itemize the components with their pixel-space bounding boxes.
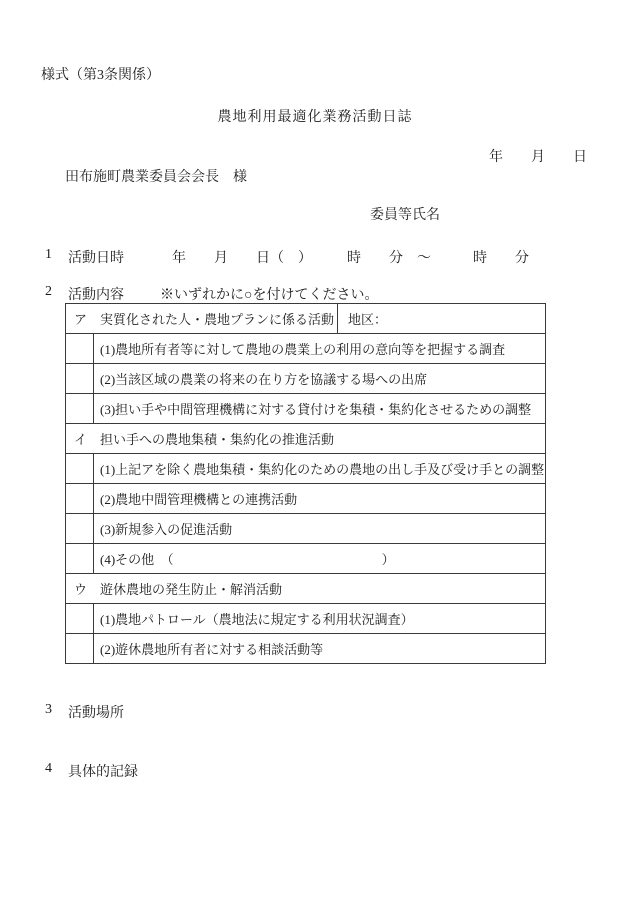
activity-item-cell: (4)その他 （ ） — [94, 544, 546, 574]
activity-item-cell: (1)上記アを除く農地集積・集約化のための農地の出し手及び受け手との調整 — [94, 454, 546, 484]
item-number: 4 — [45, 761, 52, 777]
item-label: 具体的記録 — [68, 761, 138, 781]
mark-cell — [66, 364, 94, 394]
table-row: (3)担い手や中間管理機構に対する貸付けを集積・集約化させるための調整 — [66, 394, 546, 424]
item-activity-content: 2 活動内容 ※いずれかに○を付けてください。 — [0, 284, 630, 300]
district-cell: 地区： — [338, 304, 546, 334]
item-activity-datetime: 1 活動日時 年 月 日（ ） 時 分 ～ 時 分 — [0, 247, 630, 263]
item-number: 2 — [45, 284, 52, 300]
mark-cell — [66, 454, 94, 484]
section-title: 遊休農地の発生防止・解消活動 — [100, 582, 282, 597]
table-row-section-a: ア実質化された人・農地プランに係る活動 地区： — [66, 304, 546, 334]
table-row: (2)遊休農地所有者に対する相談活動等 — [66, 634, 546, 664]
section-title: 実質化された人・農地プランに係る活動 — [100, 312, 334, 327]
addressee-line: 田布施町農業委員会会長 様 — [65, 166, 247, 186]
activity-item-cell: (2)農地中間管理機構との連携活動 — [94, 484, 546, 514]
date-field: 年 月 日 — [489, 146, 587, 166]
document-page: 様式（第3条関係） 農地利用最適化業務活動日誌 年 月 日 田布施町農業委員会会… — [0, 0, 630, 903]
table-row: (3)新規参入の促進活動 — [66, 514, 546, 544]
activity-item-cell: (2)遊休農地所有者に対する相談活動等 — [94, 634, 546, 664]
mark-cell — [66, 334, 94, 364]
item-specific-record: 4 具体的記録 — [0, 761, 630, 777]
mark-cell — [66, 604, 94, 634]
mark-cell — [66, 634, 94, 664]
item-number: 1 — [45, 247, 52, 263]
section-a-header-cell: ア実質化された人・農地プランに係る活動 — [66, 304, 338, 334]
section-u-header-cell: ウ遊休農地の発生防止・解消活動 — [66, 574, 546, 604]
activity-content-table: ア実質化された人・農地プランに係る活動 地区： (1)農地所有者等に対して農地の… — [65, 303, 546, 664]
form-code: 様式（第3条関係） — [41, 64, 160, 84]
table-row: (1)農地パトロール（農地法に規定する利用状況調査） — [66, 604, 546, 634]
table-row-section-i: イ担い手への農地集積・集約化の推進活動 — [66, 424, 546, 454]
activity-item-cell: (1)農地パトロール（農地法に規定する利用状況調査） — [94, 604, 546, 634]
section-i-header-cell: イ担い手への農地集積・集約化の推進活動 — [66, 424, 546, 454]
circle-instruction-note: ※いずれかに○を付けてください。 — [160, 284, 378, 304]
section-title: 担い手への農地集積・集約化の推進活動 — [100, 432, 334, 447]
table-row: (2)農地中間管理機構との連携活動 — [66, 484, 546, 514]
table-row: (4)その他 （ ） — [66, 544, 546, 574]
mark-cell — [66, 514, 94, 544]
page-title: 農地利用最適化業務活動日誌 — [0, 106, 630, 126]
table-row: (1)農地所有者等に対して農地の農業上の利用の意向等を把握する調査 — [66, 334, 546, 364]
item-label: 活動内容 — [68, 284, 124, 304]
activity-item-cell: (3)担い手や中間管理機構に対する貸付けを集積・集約化させるための調整 — [94, 394, 546, 424]
item-activity-place: 3 活動場所 — [0, 702, 630, 718]
mark-cell — [66, 394, 94, 424]
activity-item-cell: (2)当該区域の農業の将来の在り方を協議する場への出席 — [94, 364, 546, 394]
section-label: イ — [74, 432, 87, 447]
section-label: ア — [74, 312, 87, 327]
section-label: ウ — [74, 582, 87, 597]
mark-cell — [66, 484, 94, 514]
datetime-blank-fields: 年 月 日（ ） 時 分 ～ 時 分 — [172, 247, 529, 267]
activity-item-cell: (3)新規参入の促進活動 — [94, 514, 546, 544]
signer-name-label: 委員等氏名 — [370, 204, 440, 224]
activity-item-cell: (1)農地所有者等に対して農地の農業上の利用の意向等を把握する調査 — [94, 334, 546, 364]
table-row-section-u: ウ遊休農地の発生防止・解消活動 — [66, 574, 546, 604]
mark-cell — [66, 544, 94, 574]
table-row: (1)上記アを除く農地集積・集約化のための農地の出し手及び受け手との調整 — [66, 454, 546, 484]
item-number: 3 — [45, 702, 52, 718]
item-label: 活動場所 — [68, 702, 124, 722]
table-row: (2)当該区域の農業の将来の在り方を協議する場への出席 — [66, 364, 546, 394]
item-label: 活動日時 — [68, 247, 124, 267]
